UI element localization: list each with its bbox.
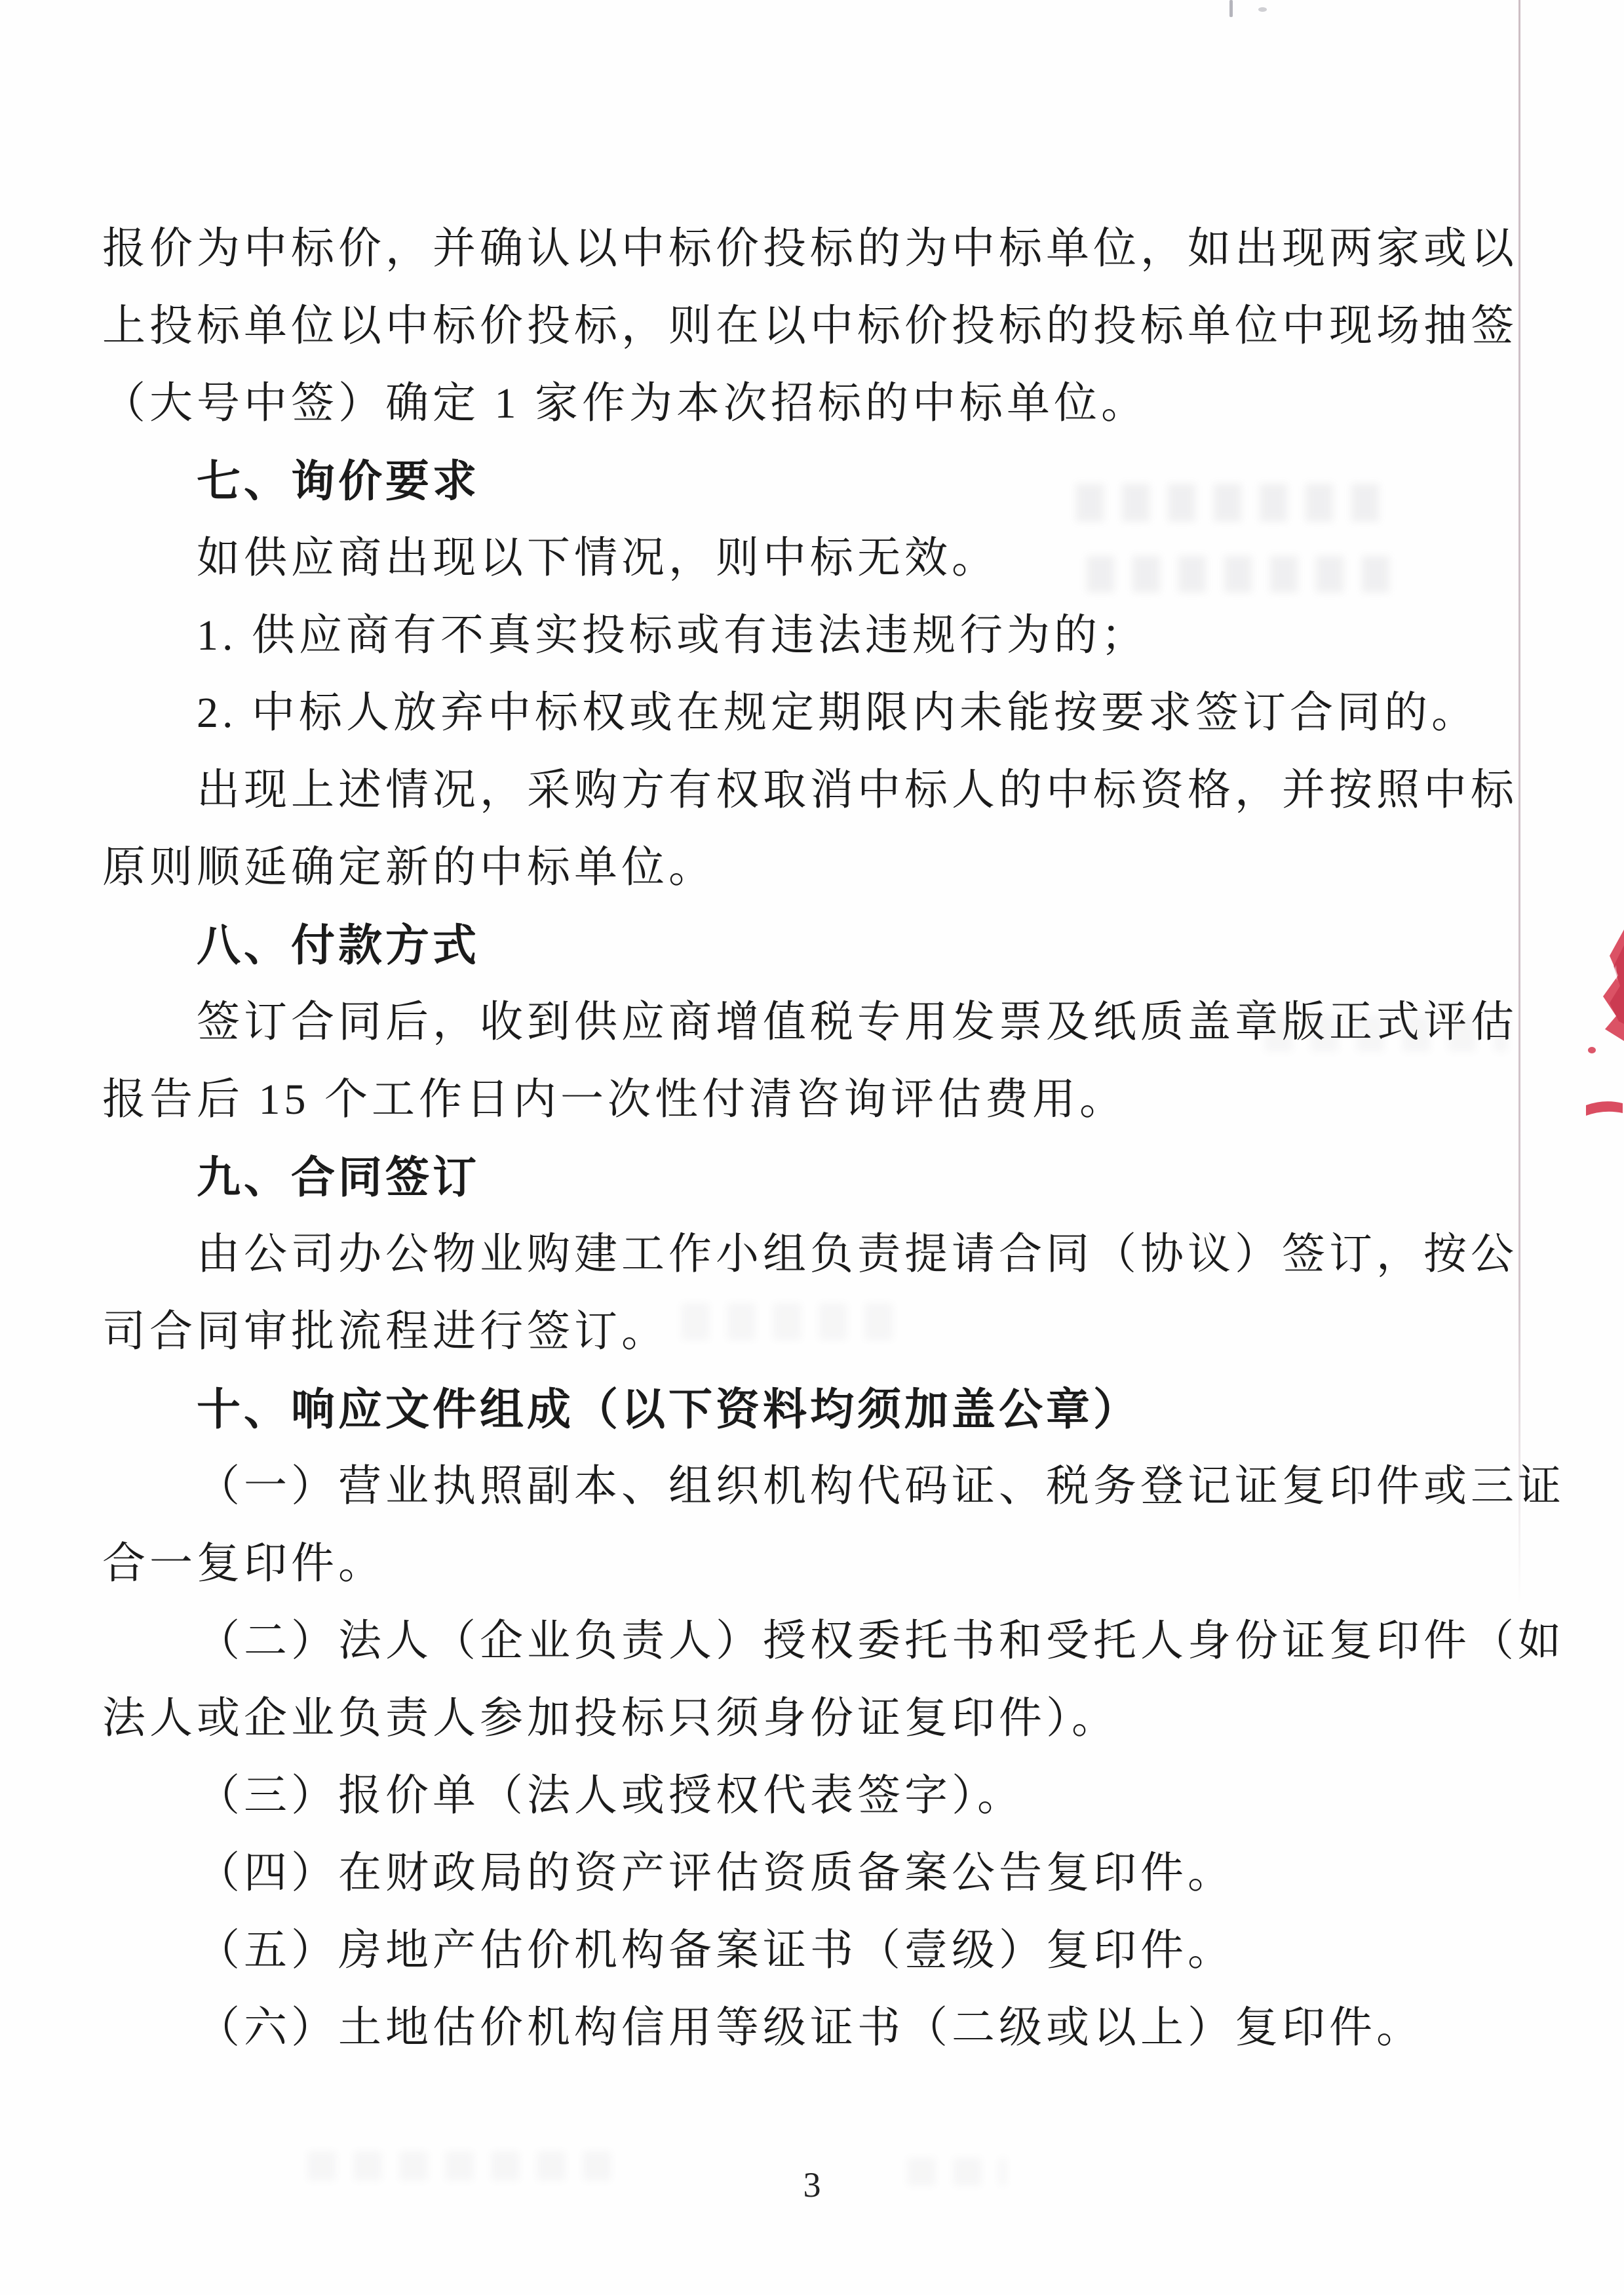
body-line: （二）法人（企业负责人）授权委托书和受托人身份证复印件（如 [102,1603,1528,1680]
bleed-through-ghost [908,2158,1006,2186]
body-line: 合一复印件。 [102,1525,1528,1603]
heading-section-9: 九、合同签订 [102,1139,1528,1216]
bleed-through-ghost [1265,1016,1507,1051]
bleed-through-ghost [682,1303,898,1340]
body-line: 由公司办公物业购建工作小组负责提请合同（协议）签订，按公 [102,1216,1528,1293]
body-line: （五）房地产估价机构备案证书（壹级）复印件。 [102,1912,1528,1990]
body-line: 法人或企业负责人参加投标只须身份证复印件）。 [102,1680,1528,1757]
document-page: 报价为中标价，并确认以中标价投标的为中标单位，如出现两家或以 上投标单位以中标价… [0,0,1624,2295]
bleed-through-ghost [308,2151,616,2180]
body-line: 原则顺延确定新的中标单位。 [102,829,1528,907]
scan-artifact-tick [1229,0,1233,17]
heading-section-8: 八、付款方式 [102,907,1528,984]
body-line: 出现上述情况，采购方有权取消中标人的中标资格，并按照中标 [102,752,1528,829]
body-line: （六）土地估价机构信用等级证书（二级或以上）复印件。 [102,1990,1528,2067]
body-line: （大号中签）确定 1 家作为本次招标的中标单位。 [102,365,1528,442]
body-line: 报告后 15 个工作日内一次性付清咨询评估费用。 [102,1061,1528,1139]
body-line: 1. 供应商有不真实投标或有违法违规行为的； [102,597,1528,675]
scan-artifact-dot [1258,7,1267,12]
bleed-through-ghost [1076,484,1389,522]
heading-section-10: 十、响应文件组成（以下资料均须加盖公章） [102,1371,1528,1448]
page-number: 3 [0,2165,1624,2205]
bleed-through-ghost [1087,556,1391,593]
body-line: （四）在财政局的资产评估资质备案公告复印件。 [102,1835,1528,1912]
page-edge-line [1518,0,1520,1606]
body-line: 上投标单位以中标价投标，则在以中标价投标的投标单位中现场抽签 [102,288,1528,365]
body-line: 2. 中标人放弃中标权或在规定期限内未能按要求签订合同的。 [102,675,1528,752]
red-seal-stamp [1583,926,1624,1122]
body-line: （三）报价单（法人或授权代表签字）。 [102,1757,1528,1835]
body-line: 报价为中标价，并确认以中标价投标的为中标单位，如出现两家或以 [102,210,1528,288]
body-line: （一）营业执照副本、组织机构代码证、税务登记证复印件或三证 [102,1448,1528,1525]
